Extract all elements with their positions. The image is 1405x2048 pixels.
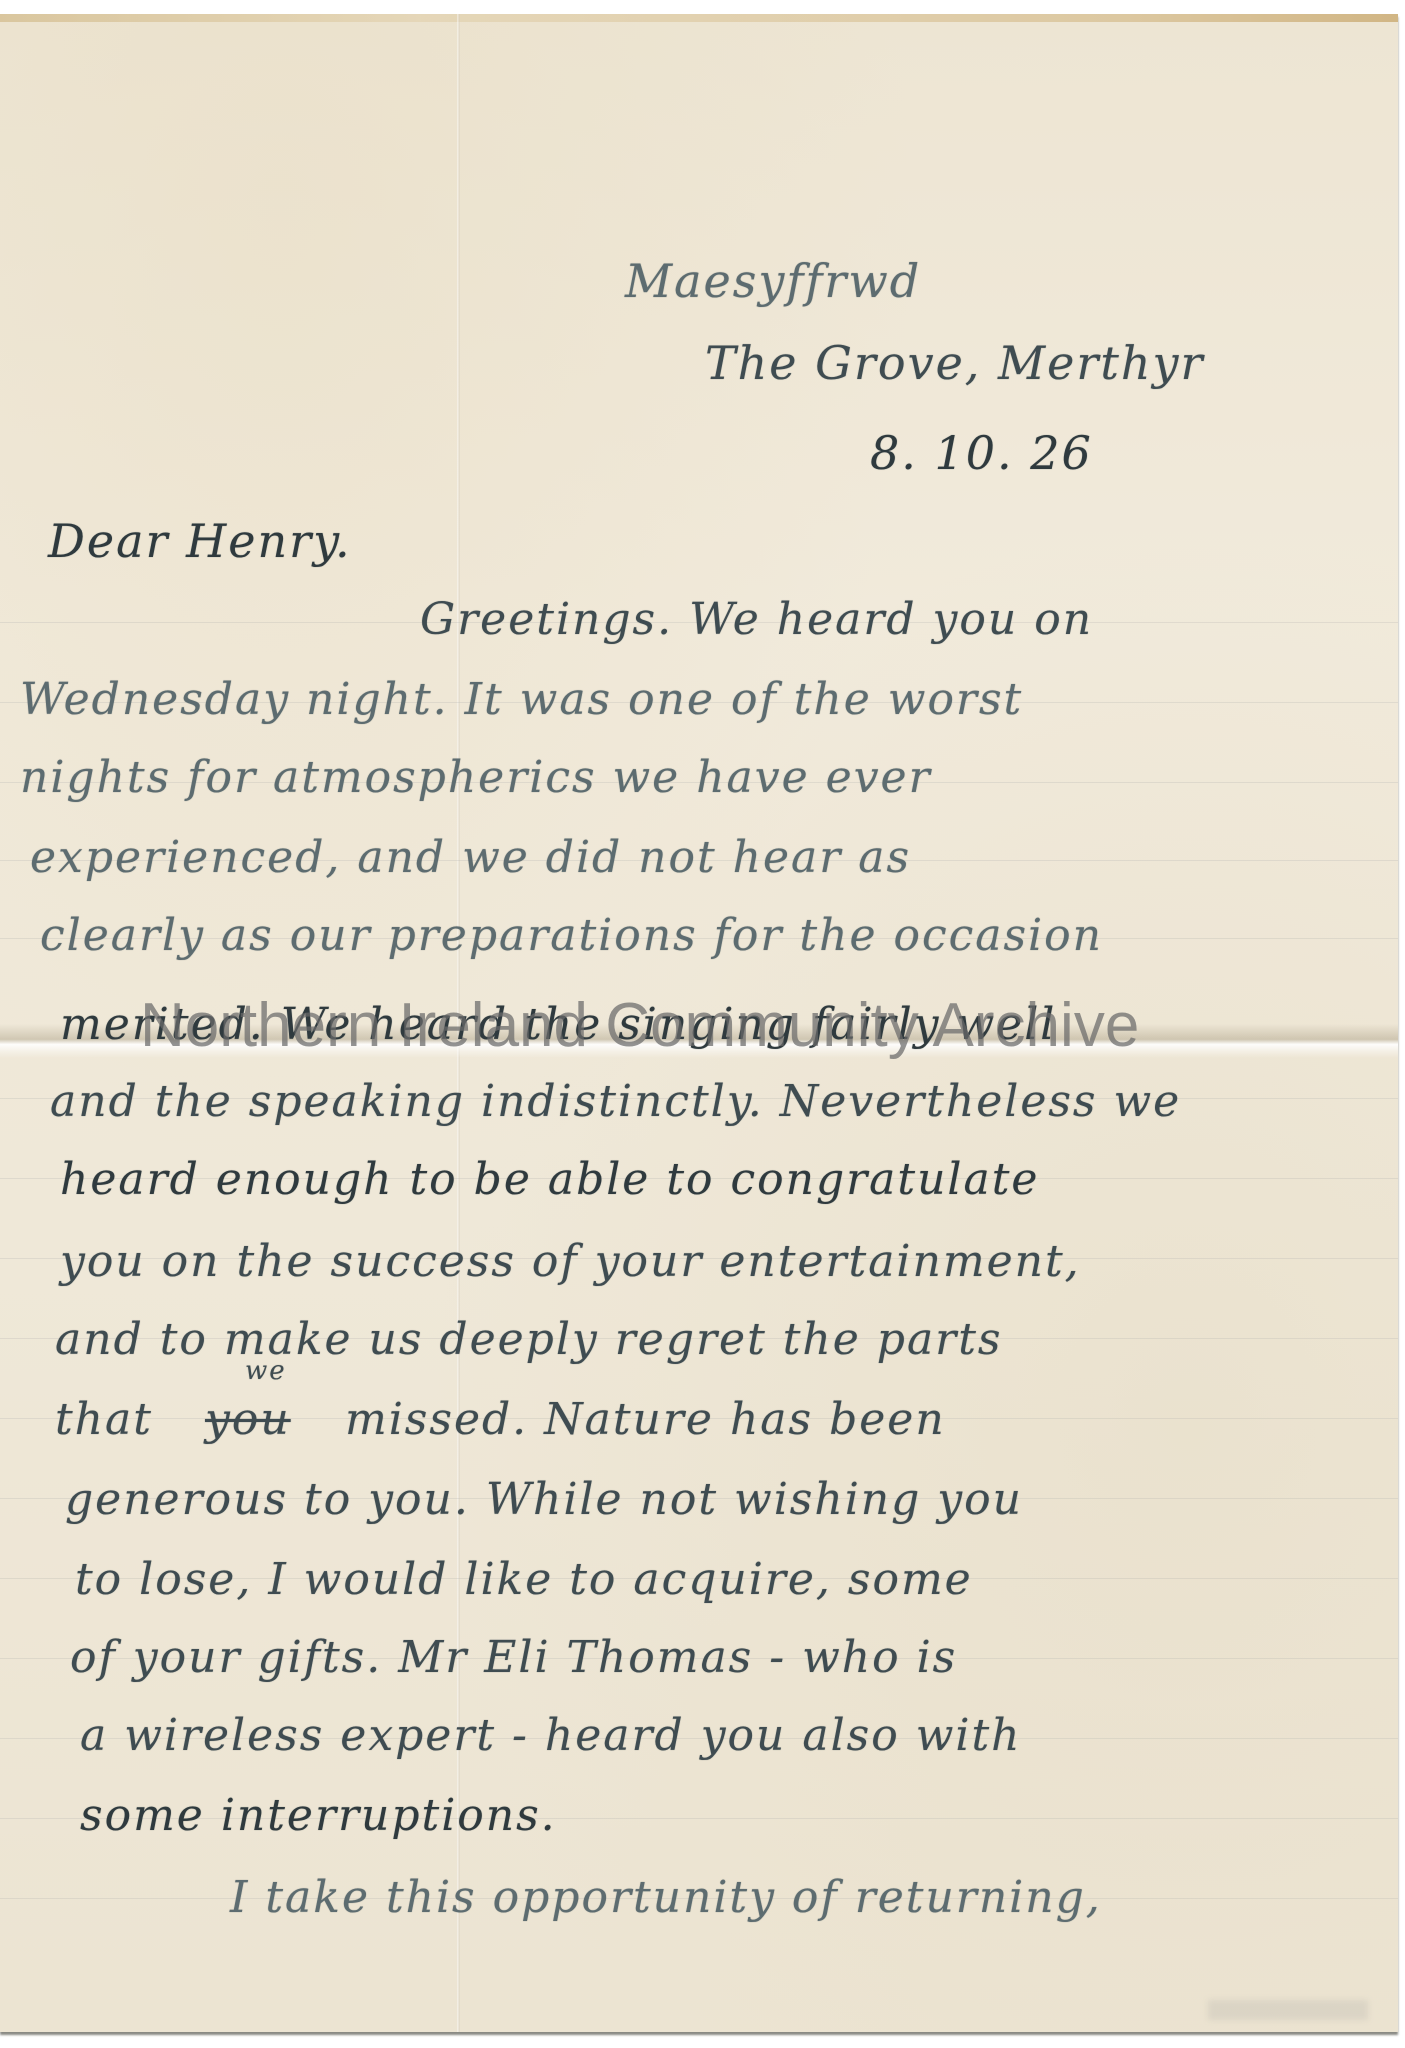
inserted-correction: we xyxy=(245,1356,287,1386)
body-line-16: some interruptions. xyxy=(80,1790,557,1841)
body-line-11-end: missed. Nature has been xyxy=(345,1394,946,1445)
body-line-13: to lose, I would like to acquire, some xyxy=(75,1554,973,1605)
body-line-17: I take this opportunity of returning, xyxy=(230,1872,1102,1923)
body-line-5: clearly as our preparations for the occa… xyxy=(40,910,1103,961)
body-line-10: and to make us deeply regret the parts xyxy=(55,1314,1002,1365)
body-line-8: heard enough to be able to congratulate xyxy=(60,1154,1039,1205)
paper-smudge xyxy=(1208,2000,1368,2020)
archive-watermark: Northern Ireland Community Archive xyxy=(140,990,1139,1061)
body-line-14: of your gifts. Mr Eli Thomas - who is xyxy=(70,1632,957,1683)
body-line-3: nights for atmospherics we have ever xyxy=(20,752,932,803)
paper-stain xyxy=(0,14,1398,22)
letter-date: 8. 10. 26 xyxy=(870,426,1093,480)
address-line: The Grove, Merthyr xyxy=(705,336,1204,390)
body-line-7: and the speaking indistinctly. Neverthel… xyxy=(50,1076,1181,1127)
body-line-2: Wednesday night. It was one of the worst xyxy=(20,674,1023,725)
struck-word: you xyxy=(205,1394,291,1445)
body-line-12: generous to you. While not wishing you xyxy=(65,1474,1023,1525)
salutation: Dear Henry. xyxy=(48,514,352,568)
body-line-15: a wireless expert - heard you also with xyxy=(80,1710,1021,1761)
body-line-11-start: that xyxy=(55,1394,153,1445)
body-line-9: you on the success of your entertainment… xyxy=(60,1236,1081,1287)
body-line-4: experienced, and we did not hear as xyxy=(30,832,911,883)
house-name: Maesyffrwd xyxy=(625,254,921,308)
body-line-1: Greetings. We heard you on xyxy=(420,594,1093,645)
